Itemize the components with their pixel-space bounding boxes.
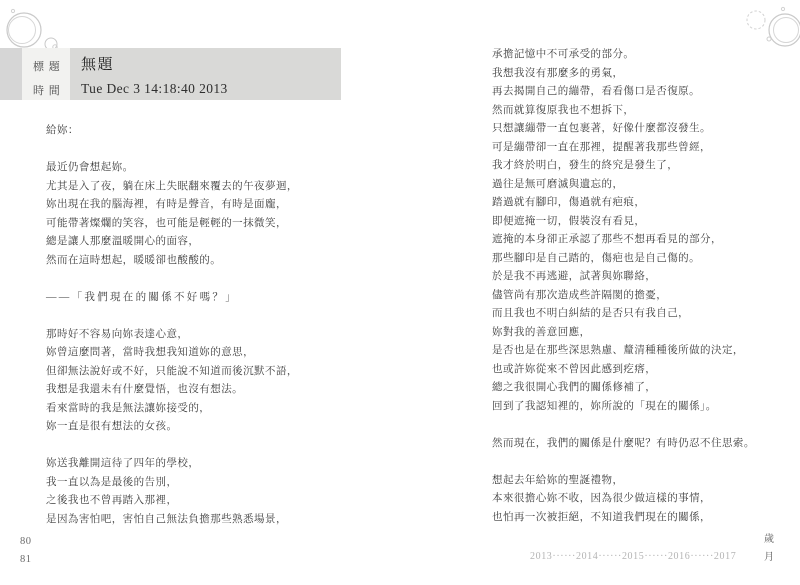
text-line: 我想是我還未有什麼覺悟，也沒有想法。 — [46, 381, 298, 400]
text-line: 尤其是入了夜，躺在床上失眠翻來覆去的午夜夢迴， — [46, 178, 298, 197]
text-line: ——「我們現在的關係不好嗎？」 — [46, 289, 298, 308]
title-field-label: 標 題 — [33, 55, 70, 79]
blank-line — [492, 416, 755, 435]
page-number: 81 — [20, 551, 32, 569]
text-line: 想起去年給妳的聖誕禮物， — [492, 472, 755, 491]
header-label-column: 標 題 時 間 — [22, 48, 70, 100]
text-line: 那時好不容易向妳表達心意， — [46, 326, 298, 345]
text-line: 即便遮掩一切，假裝沒有看見， — [492, 213, 755, 232]
header-value-column: 無題 Tue Dec 3 14:18:40 2013 — [70, 48, 341, 100]
post-title: 無題 — [81, 53, 341, 78]
year-timeline: 2013······2014······2015······2016······… — [530, 551, 736, 562]
text-line: 然而現在，我們的關係是什麼呢？有時仍忍不住思索。 — [492, 435, 755, 454]
text-line: 可能帶著燦爛的笑容，也可能是輕輕的一抹微笑， — [46, 215, 298, 234]
text-line: 那些腳印是自己踏的，傷疤也是自己傷的。 — [492, 250, 755, 269]
text-line: 妳出現在我的腦海裡，有時是聲音，有時是面龐， — [46, 196, 298, 215]
text-line: 也怕再一次被拒絕，不知道我們現在的關係， — [492, 509, 755, 528]
blank-line — [492, 453, 755, 472]
post-header: 標 題 時 間 無題 Tue Dec 3 14:18:40 2013 — [0, 48, 341, 100]
text-line: 遮掩的本身卻正承認了那些不想再看見的部分， — [492, 231, 755, 250]
text-line: 回到了我認知裡的，妳所說的「現在的關係」。 — [492, 398, 755, 417]
page-numbers: 80 81 — [20, 533, 32, 569]
text-line: 看來當時的我是無法讓妳接受的， — [46, 400, 298, 419]
text-line: 我想我沒有那麼多的勇氣， — [492, 65, 755, 84]
text-line: 我一直以為是最後的告別， — [46, 474, 298, 493]
text-line: 本來很擔心妳不收，因為很少做這樣的事情， — [492, 490, 755, 509]
text-line: 也或許妳從來不曾因此感到疙瘩， — [492, 361, 755, 380]
text-line: 妳一直是很有想法的女孩。 — [46, 418, 298, 437]
text-line: 我才終於明白，發生的終究是發生了， — [492, 157, 755, 176]
text-line: 踏過就有腳印，傷過就有疤痕， — [492, 194, 755, 213]
text-line: 只想讓繃帶一直包裹著，好像什麼都沒發生。 — [492, 120, 755, 139]
text-line: 儘管尚有那次造成些許隔閡的擔憂， — [492, 287, 755, 306]
text-line: 妳對我的善意回應， — [492, 324, 755, 343]
page-number: 80 — [20, 533, 32, 551]
book-spread: 標 題 時 間 無題 Tue Dec 3 14:18:40 2013 給妳： 最… — [0, 0, 800, 585]
text-line: 過往是無可磨滅與遺忘的， — [492, 176, 755, 195]
text-line: 妳曾這麼問著，當時我想我知道妳的意思， — [46, 344, 298, 363]
time-field-label: 時 間 — [33, 79, 70, 103]
left-text-column: 給妳： 最近仍會想起妳。尤其是入了夜，躺在床上失眠翻來覆去的午夜夢迴，妳出現在我… — [46, 122, 298, 529]
text-line: 而且我也不明白糾結的是否只有我自己， — [492, 305, 755, 324]
text-line: 妳送我離開這待了四年的學校， — [46, 455, 298, 474]
text-line: 總之我很開心我們的關係修補了， — [492, 379, 755, 398]
text-line: 於是我不再逃避，試著與妳聯絡， — [492, 268, 755, 287]
running-title-char: 月 — [762, 549, 776, 567]
header-edge-block — [0, 48, 22, 100]
text-line: 然而就算復原我也不想拆下， — [492, 102, 755, 121]
text-line: 但卻無法說好或不好，只能說不知道而後沉默不語， — [46, 363, 298, 382]
running-title-vertical: 歲 月 — [762, 531, 776, 567]
text-line: 總是讓人那麼溫暖開心的面容， — [46, 233, 298, 252]
text-line: 給妳： — [46, 122, 298, 141]
text-line: 可是繃帶卻一直在那裡，提醒著我那些曾經， — [492, 139, 755, 158]
blank-line — [46, 141, 298, 160]
post-timestamp: Tue Dec 3 14:18:40 2013 — [81, 78, 341, 100]
blank-line — [46, 437, 298, 456]
text-line: 再去揭開自己的繃帶，看看傷口是否復原。 — [492, 83, 755, 102]
running-title-char: 歲 — [762, 531, 776, 549]
text-line: 承擔記憶中不可承受的部分。 — [492, 46, 755, 65]
blank-line — [46, 307, 298, 326]
text-line: 然而在這時想起，暖暖卻也酸酸的。 — [46, 252, 298, 271]
blank-line — [46, 270, 298, 289]
text-line: 之後我也不曾再踏入那裡， — [46, 492, 298, 511]
right-text-column: 承擔記憶中不可承受的部分。我想我沒有那麼多的勇氣，再去揭開自己的繃帶，看看傷口是… — [492, 46, 755, 527]
text-line: 是因為害怕吧，害怕自己無法負擔那些熟悉場景， — [46, 511, 298, 530]
text-line: 是否也是在那些深思熟慮、釐清種種後所做的決定， — [492, 342, 755, 361]
text-line: 最近仍會想起妳。 — [46, 159, 298, 178]
